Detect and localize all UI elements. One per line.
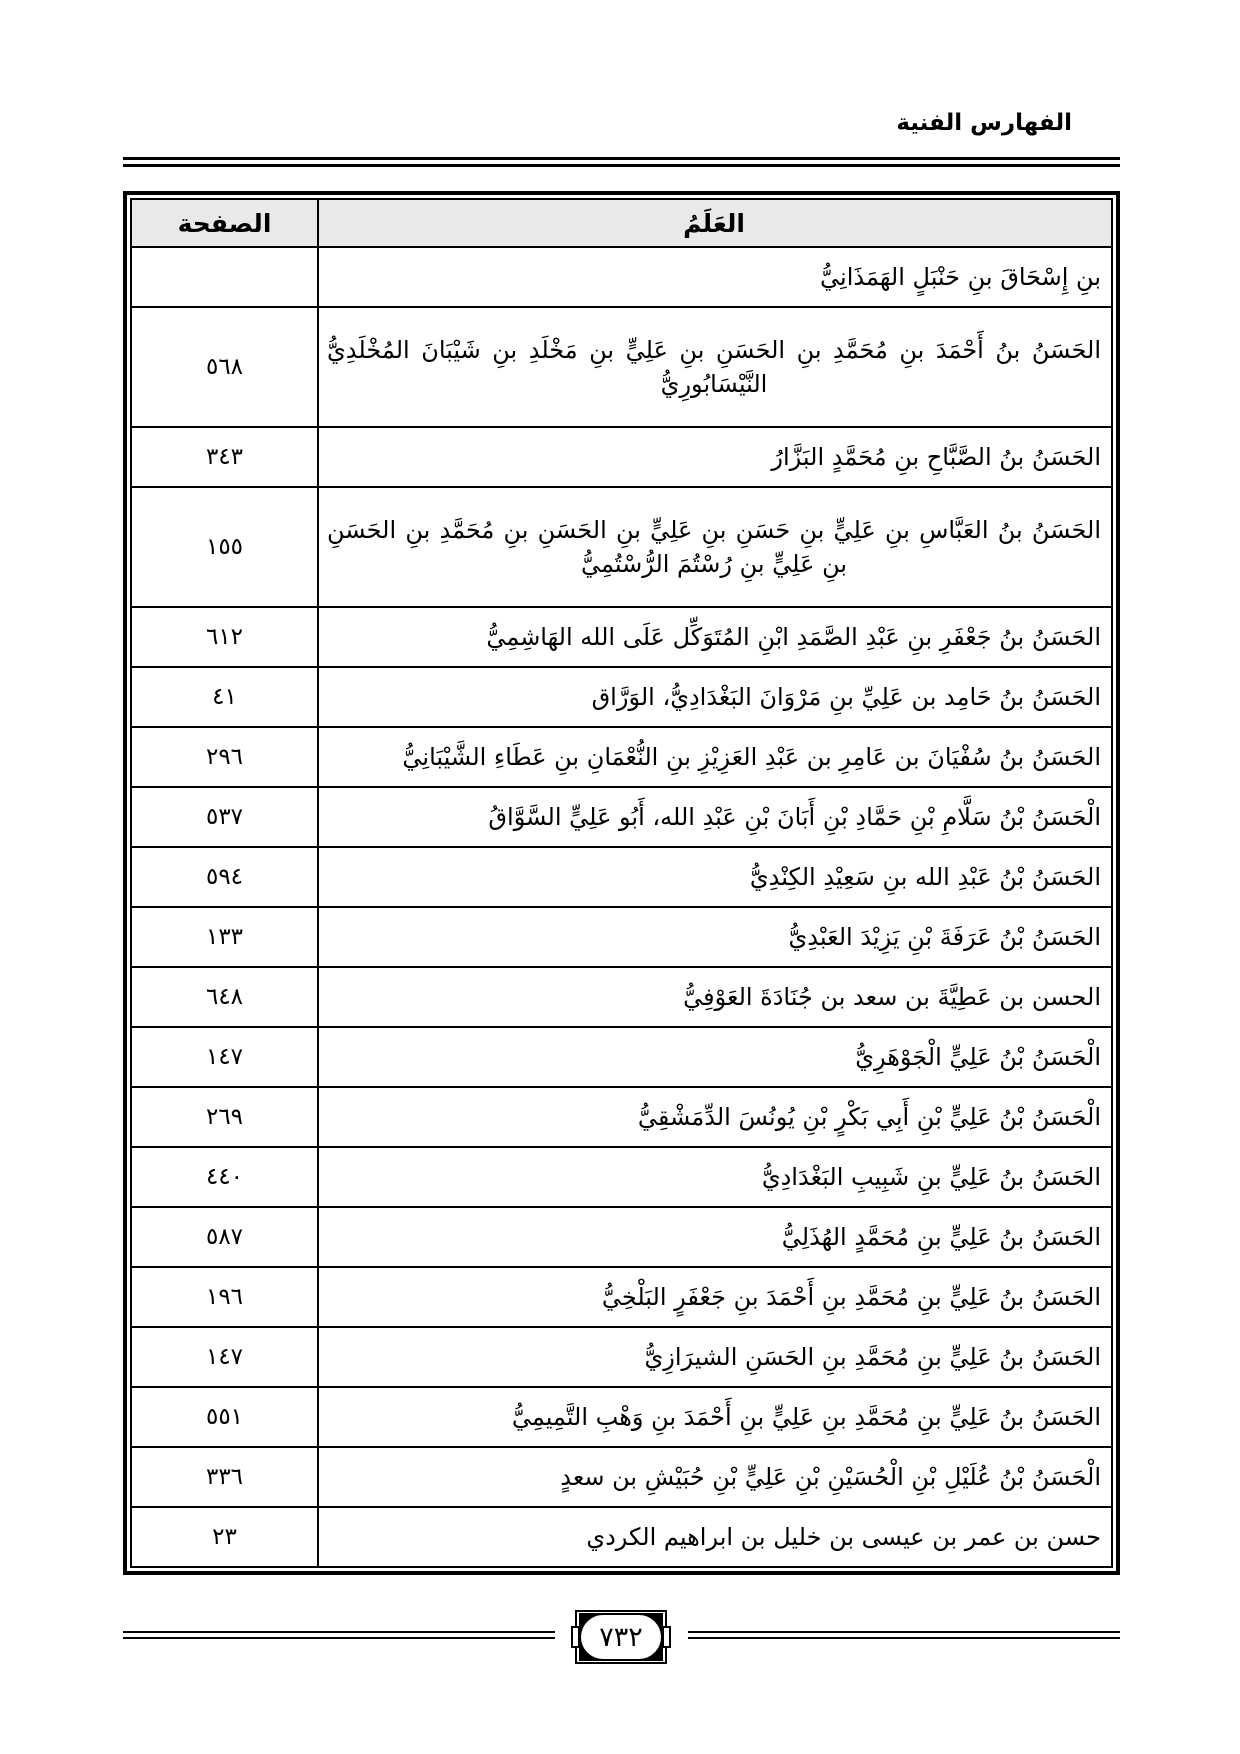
- name-cell: الْحَسَنُ بْنُ عَلِيٍّ الْجَوْهَرِيُّ: [317, 1028, 1111, 1086]
- table-row: الحَسَنُ بنُ سُفْيَانَ بن عَامِرِ بن عَب…: [132, 726, 1111, 786]
- name-cell: الحَسَنُ بنُ سُفْيَانَ بن عَامِرِ بن عَب…: [317, 728, 1111, 786]
- name-line: بنِ إِسْحَاقَ بنِ حَنْبَلٍ الهَمَذَانِيُ…: [327, 260, 1101, 294]
- table-row: الحَسَنُ بْنُ عَبْدِ الله بنِ سَعِيْدِ ا…: [132, 846, 1111, 906]
- header-divider-rule: [123, 157, 1120, 167]
- name-line: الحَسَنُ بنُ عَلِيٍّ بنِ مُحَمَّدِ بنِ أ…: [327, 1280, 1101, 1314]
- page-cell: ٤١: [132, 668, 317, 726]
- page-cell: ٣٣٦: [132, 1448, 317, 1506]
- table-row: الحَسَنُ بنُ الصَّبَّاحِ بنِ مُحَمَّدٍ ا…: [132, 426, 1111, 486]
- page-cell: ٢٩٦: [132, 728, 317, 786]
- name-line: الحَسَنُ بنُ حَامِد بن عَلِيِّ بنِ مَرْو…: [327, 680, 1101, 714]
- name-cell: الحَسَنُ بنُ أَحْمَدَ بنِ مُحَمَّدِ بنِ …: [317, 308, 1111, 426]
- name-line: الحَسَنُ بنُ جَعْفَرِ بنِ عَبْدِ الصَّمَ…: [327, 620, 1101, 654]
- table-row: الحَسَنُ بنُ العَبَّاسِ بنِ عَلِيٍّ بنِ …: [132, 486, 1111, 606]
- name-cell: الحَسَنُ بنُ عَلِيٍّ بنِ مُحَمَّدِ بنِ ع…: [317, 1388, 1111, 1446]
- table-row: بنِ إِسْحَاقَ بنِ حَنْبَلٍ الهَمَذَانِيُ…: [132, 246, 1111, 306]
- name-cell: الحَسَنُ بنُ عَلِيٍّ بنِ مُحَمَّدِ بنِ أ…: [317, 1268, 1111, 1326]
- page-cell: ١٥٥: [132, 488, 317, 606]
- name-line: الحَسَنُ بنُ عَلِيٍّ بنِ مُحَمَّدِ بنِ ا…: [327, 1340, 1101, 1374]
- table-row: الحَسَنُ بنُ عَلِيٍّ بنِ مُحَمَّدٍ الهُذ…: [132, 1206, 1111, 1266]
- page-cell: ٥٩٤: [132, 848, 317, 906]
- index-table: العَلَمُ الصفحة بنِ إِسْحَاقَ بنِ حَنْبَ…: [123, 191, 1120, 1575]
- name-cell: الحَسَنُ بْنُ عَرَفَةَ بْنِ يَزِيْدَ الع…: [317, 908, 1111, 966]
- page-cell: ٦٤٨: [132, 968, 317, 1026]
- page-cell: ١٣٣: [132, 908, 317, 966]
- page-cell: ١٤٧: [132, 1028, 317, 1086]
- table-row: الحَسَنُ بنُ عَلِيٍّ بنِ شَبِيبِ البَغْد…: [132, 1146, 1111, 1206]
- name-cell: الحَسَنُ بنُ العَبَّاسِ بنِ عَلِيٍّ بنِ …: [317, 488, 1111, 606]
- name-line: النَّيْسَابُورِيُّ: [327, 367, 1101, 401]
- page-number-cartouche: ٧٣٢: [571, 1608, 671, 1666]
- page-cell: ٥٦٨: [132, 308, 317, 426]
- page-cell: ٥٨٧: [132, 1208, 317, 1266]
- index-table-inner: العَلَمُ الصفحة بنِ إِسْحَاقَ بنِ حَنْبَ…: [130, 198, 1113, 1568]
- table-row: الْحَسَنُ بْنُ عُلَيْلِ بْنِ الْحُسَيْنِ…: [132, 1446, 1111, 1506]
- footer-rule-left: [123, 1631, 555, 1639]
- table-row: الحَسَنُ بنُ أَحْمَدَ بنِ مُحَمَّدِ بنِ …: [132, 306, 1111, 426]
- name-line: الحَسَنُ بنُ أَحْمَدَ بنِ مُحَمَّدِ بنِ …: [327, 333, 1101, 367]
- name-cell: الحَسَنُ بنُ عَلِيٍّ بنِ شَبِيبِ البَغْد…: [317, 1148, 1111, 1206]
- name-line: الحَسَنُ بنُ الصَّبَّاحِ بنِ مُحَمَّدٍ ا…: [327, 440, 1101, 474]
- column-header-page: الصفحة: [132, 200, 317, 246]
- name-line: الحَسَنُ بنُ عَلِيٍّ بنِ مُحَمَّدٍ الهُذ…: [327, 1220, 1101, 1254]
- name-cell: الحَسَنُ بنُ عَلِيٍّ بنِ مُحَمَّدٍ الهُذ…: [317, 1208, 1111, 1266]
- table-row: الحَسَنُ بنُ عَلِيٍّ بنِ مُحَمَّدِ بنِ أ…: [132, 1266, 1111, 1326]
- page-cell: ٣٤٣: [132, 428, 317, 486]
- column-header-name: العَلَمُ: [317, 200, 1111, 246]
- name-line: الْحَسَنُ بْنُ سَلَّامِ بْنِ حَمَّادِ بْ…: [327, 800, 1101, 834]
- footer-page-number: ٧٣٢: [579, 1613, 663, 1661]
- name-line: الحَسَنُ بْنُ عَرَفَةَ بْنِ يَزِيْدَ الع…: [327, 920, 1101, 954]
- table-row: الحَسَنُ بنُ عَلِيٍّ بنِ مُحَمَّدِ بنِ ا…: [132, 1326, 1111, 1386]
- page-cell: ١٤٧: [132, 1328, 317, 1386]
- table-row: الحسن بن عَطِيَّةَ بن سعد بن جُنَادَةَ ا…: [132, 966, 1111, 1026]
- name-line: الْحَسَنُ بْنُ عَلِيٍّ بْنِ أَبِي بَكْرٍ…: [327, 1100, 1101, 1134]
- name-cell: الْحَسَنُ بْنُ عَلِيٍّ بْنِ أَبِي بَكْرٍ…: [317, 1088, 1111, 1146]
- table-row: الْحَسَنُ بْنُ عَلِيٍّ الْجَوْهَرِيُّ ١٤…: [132, 1026, 1111, 1086]
- name-line: الحسن بن عَطِيَّةَ بن سعد بن جُنَادَةَ ا…: [327, 980, 1101, 1014]
- name-cell: الْحَسَنُ بْنُ عُلَيْلِ بْنِ الْحُسَيْنِ…: [317, 1448, 1111, 1506]
- name-cell: الحَسَنُ بنُ عَلِيٍّ بنِ مُحَمَّدِ بنِ ا…: [317, 1328, 1111, 1386]
- page-cell: ٥٣٧: [132, 788, 317, 846]
- name-line: الْحَسَنُ بْنُ عُلَيْلِ بْنِ الْحُسَيْنِ…: [327, 1460, 1101, 1494]
- table-row: الحَسَنُ بنُ حَامِد بن عَلِيِّ بنِ مَرْو…: [132, 666, 1111, 726]
- name-cell: حسن بن عمر بن عيسى بن خليل بن ابراهيم ال…: [317, 1508, 1111, 1566]
- page-cell: [132, 248, 317, 306]
- table-row: حسن بن عمر بن عيسى بن خليل بن ابراهيم ال…: [132, 1506, 1111, 1566]
- name-cell: الحَسَنُ بنُ جَعْفَرِ بنِ عَبْدِ الصَّمَ…: [317, 608, 1111, 666]
- name-line: الحَسَنُ بنُ عَلِيٍّ بنِ مُحَمَّدِ بنِ ع…: [327, 1400, 1101, 1434]
- page-cell: ٢٣: [132, 1508, 317, 1566]
- name-cell: بنِ إِسْحَاقَ بنِ حَنْبَلٍ الهَمَذَانِيُ…: [317, 248, 1111, 306]
- cartouche-tab-right: [662, 1626, 671, 1648]
- table-row: الحَسَنُ بْنُ عَرَفَةَ بْنِ يَزِيْدَ الع…: [132, 906, 1111, 966]
- page-cell: ٦١٢: [132, 608, 317, 666]
- name-line: الْحَسَنُ بْنُ عَلِيٍّ الْجَوْهَرِيُّ: [327, 1040, 1101, 1074]
- name-line: حسن بن عمر بن عيسى بن خليل بن ابراهيم ال…: [327, 1520, 1101, 1554]
- page-cell: ٥٥١: [132, 1388, 317, 1446]
- table-header-row: العَلَمُ الصفحة: [132, 200, 1111, 246]
- name-cell: الحَسَنُ بنُ حَامِد بن عَلِيِّ بنِ مَرْو…: [317, 668, 1111, 726]
- table-row: الْحَسَنُ بْنُ عَلِيٍّ بْنِ أَبِي بَكْرٍ…: [132, 1086, 1111, 1146]
- name-cell: الحَسَنُ بنُ الصَّبَّاحِ بنِ مُحَمَّدٍ ا…: [317, 428, 1111, 486]
- name-cell: الحسن بن عَطِيَّةَ بن سعد بن جُنَادَةَ ا…: [317, 968, 1111, 1026]
- page-cell: ٢٦٩: [132, 1088, 317, 1146]
- name-line: الحَسَنُ بنُ عَلِيٍّ بنِ شَبِيبِ البَغْد…: [327, 1160, 1101, 1194]
- page-title: الفهارس الفنية: [896, 110, 1072, 136]
- name-cell: الْحَسَنُ بْنُ سَلَّامِ بْنِ حَمَّادِ بْ…: [317, 788, 1111, 846]
- table-row: الحَسَنُ بنُ جَعْفَرِ بنِ عَبْدِ الصَّمَ…: [132, 606, 1111, 666]
- footer-rule-right: [688, 1631, 1120, 1639]
- table-row: الْحَسَنُ بْنُ سَلَّامِ بْنِ حَمَّادِ بْ…: [132, 786, 1111, 846]
- page-cell: ٤٤٠: [132, 1148, 317, 1206]
- page-cell: ١٩٦: [132, 1268, 317, 1326]
- table-row: الحَسَنُ بنُ عَلِيٍّ بنِ مُحَمَّدِ بنِ ع…: [132, 1386, 1111, 1446]
- name-line: بنِ عَلِيٍّ بنِ رُسْتُمَ الرُّسْتُمِيُّ: [327, 547, 1101, 581]
- name-line: الحَسَنُ بنُ سُفْيَانَ بن عَامِرِ بن عَب…: [327, 740, 1101, 774]
- name-line: الحَسَنُ بنُ العَبَّاسِ بنِ عَلِيٍّ بنِ …: [327, 513, 1101, 547]
- name-cell: الحَسَنُ بْنُ عَبْدِ الله بنِ سَعِيْدِ ا…: [317, 848, 1111, 906]
- name-line: الحَسَنُ بْنُ عَبْدِ الله بنِ سَعِيْدِ ا…: [327, 860, 1101, 894]
